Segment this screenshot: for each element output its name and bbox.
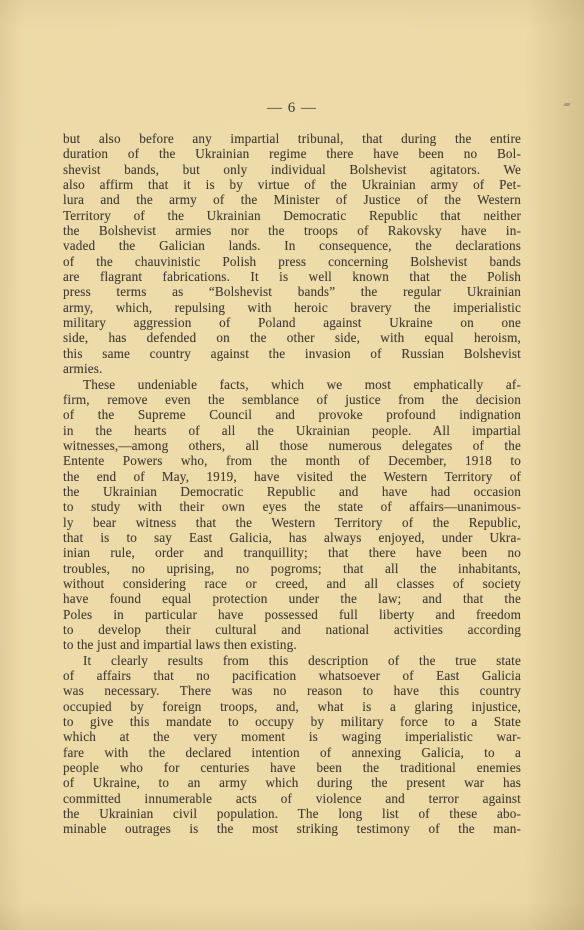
text-line: people who for centuries have been the t…: [63, 760, 521, 775]
text-line: committed innumerable acts of violence a…: [63, 791, 521, 806]
paragraph: It clearly results from this description…: [63, 653, 521, 837]
text-line: armies.: [63, 361, 521, 376]
text-line: the Ukrainian civil population. The long…: [63, 806, 521, 821]
text-line: inian rule, order and tranquillity; that…: [63, 545, 521, 560]
text-line: fare with the declared intention of anne…: [63, 745, 521, 760]
text-line: Entente Powers who, from the month of De…: [63, 453, 521, 468]
text-line: witnesses,—among others, all those numer…: [63, 438, 521, 453]
text-line: which at the very moment is waging imper…: [63, 729, 521, 744]
text-line: shevist bands, but only individual Bolsh…: [63, 162, 521, 177]
paragraph: These undeniable facts, which we most em…: [63, 377, 521, 653]
text-line: vaded the Galician lands. In consequence…: [63, 238, 521, 253]
text-line: occupied by foreign troops, and, what is…: [63, 699, 521, 714]
text-line: without considering race or creed, and a…: [63, 576, 521, 591]
text-line: to develop their cultural and national a…: [63, 622, 521, 637]
text-line: of affairs that no pacification whatsoev…: [63, 668, 521, 683]
text-line: that is to say East Galicia, has always …: [63, 530, 521, 545]
text-line: press terms as “Bolshevist bands” the re…: [63, 284, 521, 299]
text-line: lura and the army of the Minister of Jus…: [63, 192, 521, 207]
text-line: this same country against the invasion o…: [63, 346, 521, 361]
text-line: the end of May, 1919, have visited the W…: [63, 469, 521, 484]
text-line: the Bolshevist armies nor the troops of …: [63, 223, 521, 238]
body-text: but also before any impartial tribunal, …: [63, 131, 521, 837]
text-line: Poles in particular have possessed full …: [63, 607, 521, 622]
text-line: to study with their own eyes the state o…: [63, 499, 521, 514]
text-line: are flagrant fabrications. It is well kn…: [63, 269, 521, 284]
text-line: troubles, no uprising, no pogroms; that …: [63, 561, 521, 576]
text-line: These undeniable facts, which we most em…: [63, 377, 521, 392]
page-number: — 6 —: [63, 100, 521, 117]
text-line: minable outrages is the most striking te…: [63, 821, 521, 836]
text-line: side, has defended on the other side, wi…: [63, 330, 521, 345]
text-line: to the just and impartial laws then exis…: [63, 637, 521, 652]
text-line: It clearly results from this description…: [63, 653, 521, 668]
text-line: Territory of the Ukrainian Democratic Re…: [63, 208, 521, 223]
text-line: but also before any impartial tribunal, …: [63, 131, 521, 146]
text-line: to give this mandate to occupy by milita…: [63, 714, 521, 729]
scanned-book-page: — 6 — but also before any impartial trib…: [0, 0, 584, 930]
text-line: also affirm that it is by virtue of the …: [63, 177, 521, 192]
text-line: have found equal protection under the la…: [63, 591, 521, 606]
text-line: of Ukraine, to an army which during the …: [63, 775, 521, 790]
text-line: ly bear witness that the Western Territo…: [63, 515, 521, 530]
text-line: of the chauvinistic Polish press concern…: [63, 254, 521, 269]
text-line: military aggression of Poland against Uk…: [63, 315, 521, 330]
ink-speck: [563, 103, 570, 106]
paragraph: but also before any impartial tribunal, …: [63, 131, 521, 377]
text-line: the Ukrainian Democratic Republic and ha…: [63, 484, 521, 499]
text-line: in the hearts of all the Ukrainian peopl…: [63, 423, 521, 438]
text-line: army, which, repulsing with heroic brave…: [63, 300, 521, 315]
text-line: duration of the Ukrainian regime there h…: [63, 146, 521, 161]
text-line: of the Supreme Council and provoke profo…: [63, 407, 521, 422]
text-line: was necessary. There was no reason to ha…: [63, 683, 521, 698]
text-line: firm, remove even the semblance of justi…: [63, 392, 521, 407]
